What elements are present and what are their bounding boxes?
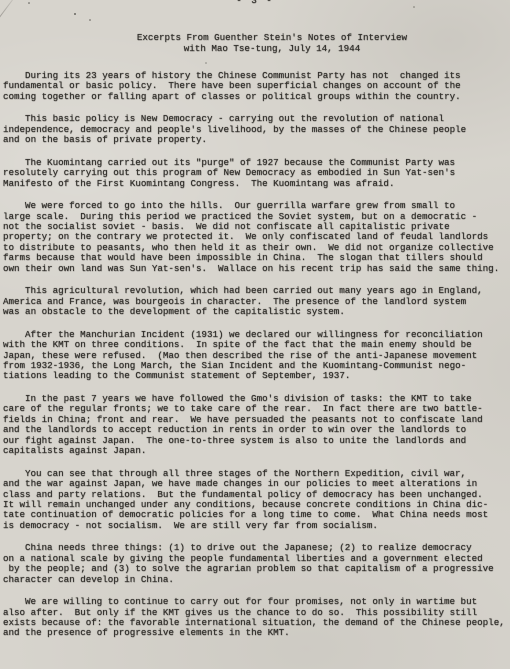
paragraph-3: The Kuomintang carried out its "purge" o… <box>3 158 509 189</box>
document-body: During its 23 years of history the Chine… <box>3 71 509 651</box>
paragraph-7: In the past 7 years we have followed the… <box>3 394 509 457</box>
paragraph-4: We were forced to go into the hills. Our… <box>3 201 509 274</box>
paragraph-2: This basic policy is New Democracy - car… <box>3 114 509 145</box>
title-line-1: Excerpts From Guenther Stein's Notes of … <box>17 33 510 44</box>
paper-speck <box>205 62 207 64</box>
paper-speck <box>74 13 76 15</box>
paragraph-1: During its 23 years of history the Chine… <box>3 71 509 102</box>
page-number: - 3 - <box>0 0 510 6</box>
paragraph-9: China needs three things: (1) to drive o… <box>3 543 509 585</box>
scanned-document-page: - 3 - Excerpts From Guenther Stein's Not… <box>0 0 510 669</box>
paper-speck <box>89 19 91 21</box>
paragraph-6: After the Manchurian Incident (1931) we … <box>3 330 509 382</box>
paper-speck <box>413 6 415 8</box>
document-title: Excerpts From Guenther Stein's Notes of … <box>17 33 510 54</box>
paragraph-5: This agricultural revolution, which had … <box>3 286 509 317</box>
paragraph-8: You can see that through all three stage… <box>3 469 509 532</box>
title-line-2: with Mao Tse-tung, July 14, 1944 <box>17 44 510 55</box>
paragraph-10: We are willing to continue to carry out … <box>3 597 509 639</box>
